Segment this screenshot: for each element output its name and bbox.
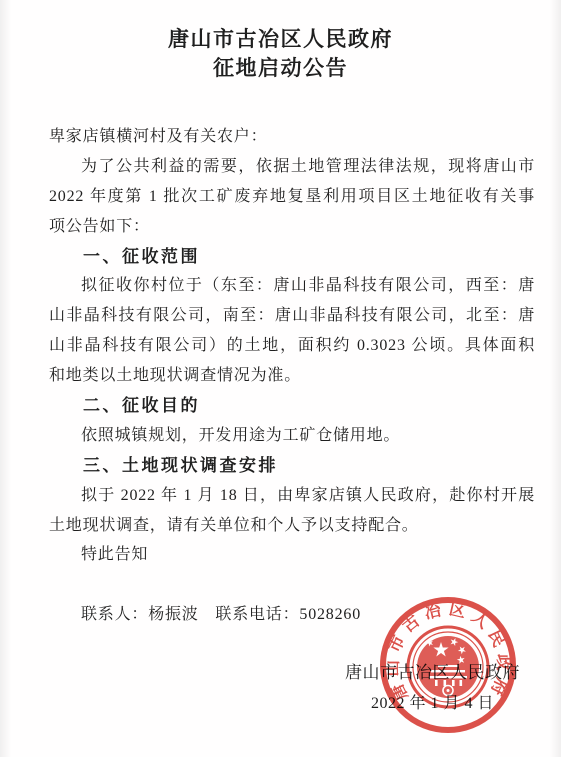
doc-title-type: 征地启动公告 xyxy=(0,55,561,81)
body-line: 2022 年度第 1 批次工矿废弃地复垦利用项目区土地征收有关事 xyxy=(49,182,535,212)
body-line: 为了公共利益的需要，依据土地管理法律法规，现将唐山市 xyxy=(49,152,535,182)
signature-org: 唐山市古冶区人民政府 xyxy=(345,664,520,682)
salutation-line: 卑家店镇横河村及有关农户： xyxy=(49,122,535,152)
signature-date: 2022 年 1 月 4 日 xyxy=(345,695,520,713)
body-line: 项公告如下： xyxy=(49,212,535,242)
body-line: 山非晶科技有限公司）的土地，面积约 0.3023 公顷。具体面积 xyxy=(49,331,535,361)
body-line: 拟于 2022 年 1 月 18 日，由卑家店镇人民政府，赴你村开展 xyxy=(49,481,535,511)
signature-block: 唐山市古冶区人民政府 2022 年 1 月 4 日 xyxy=(345,664,520,713)
doc-title-org: 唐山市古冶区人民政府 xyxy=(0,26,561,52)
contact-line: 联系人：杨振波 联系电话：5028260 xyxy=(49,600,535,630)
blank-line xyxy=(49,570,535,600)
body-line: 依照城镇规划，开发用途为工矿仓储用地。 xyxy=(49,421,535,451)
body-line: 山非晶科技有限公司，南至：唐山非晶科技有限公司，北至：唐 xyxy=(49,301,535,331)
section-heading-1: 一、征收范围 xyxy=(49,242,535,272)
body-line: 拟征收你村位于（东至：唐山非晶科技有限公司，西至：唐 xyxy=(49,271,535,301)
closing-line: 特此告知 xyxy=(49,540,535,570)
section-heading-2: 二、征收目的 xyxy=(49,391,535,421)
section-heading-3: 三、土地现状调查安排 xyxy=(49,451,535,481)
announcement-document: 唐山市古冶区人民政府 征地启动公告 卑家店镇横河村及有关农户： 为了公共利益的需… xyxy=(0,0,561,757)
body-line: 土地现状调查，请有关单位和个人予以支持配合。 xyxy=(49,511,535,541)
body-line: 和地类以土地现状调查情况为准。 xyxy=(49,361,535,391)
document-body: 卑家店镇横河村及有关农户： 为了公共利益的需要，依据土地管理法律法规，现将唐山市… xyxy=(49,122,535,630)
